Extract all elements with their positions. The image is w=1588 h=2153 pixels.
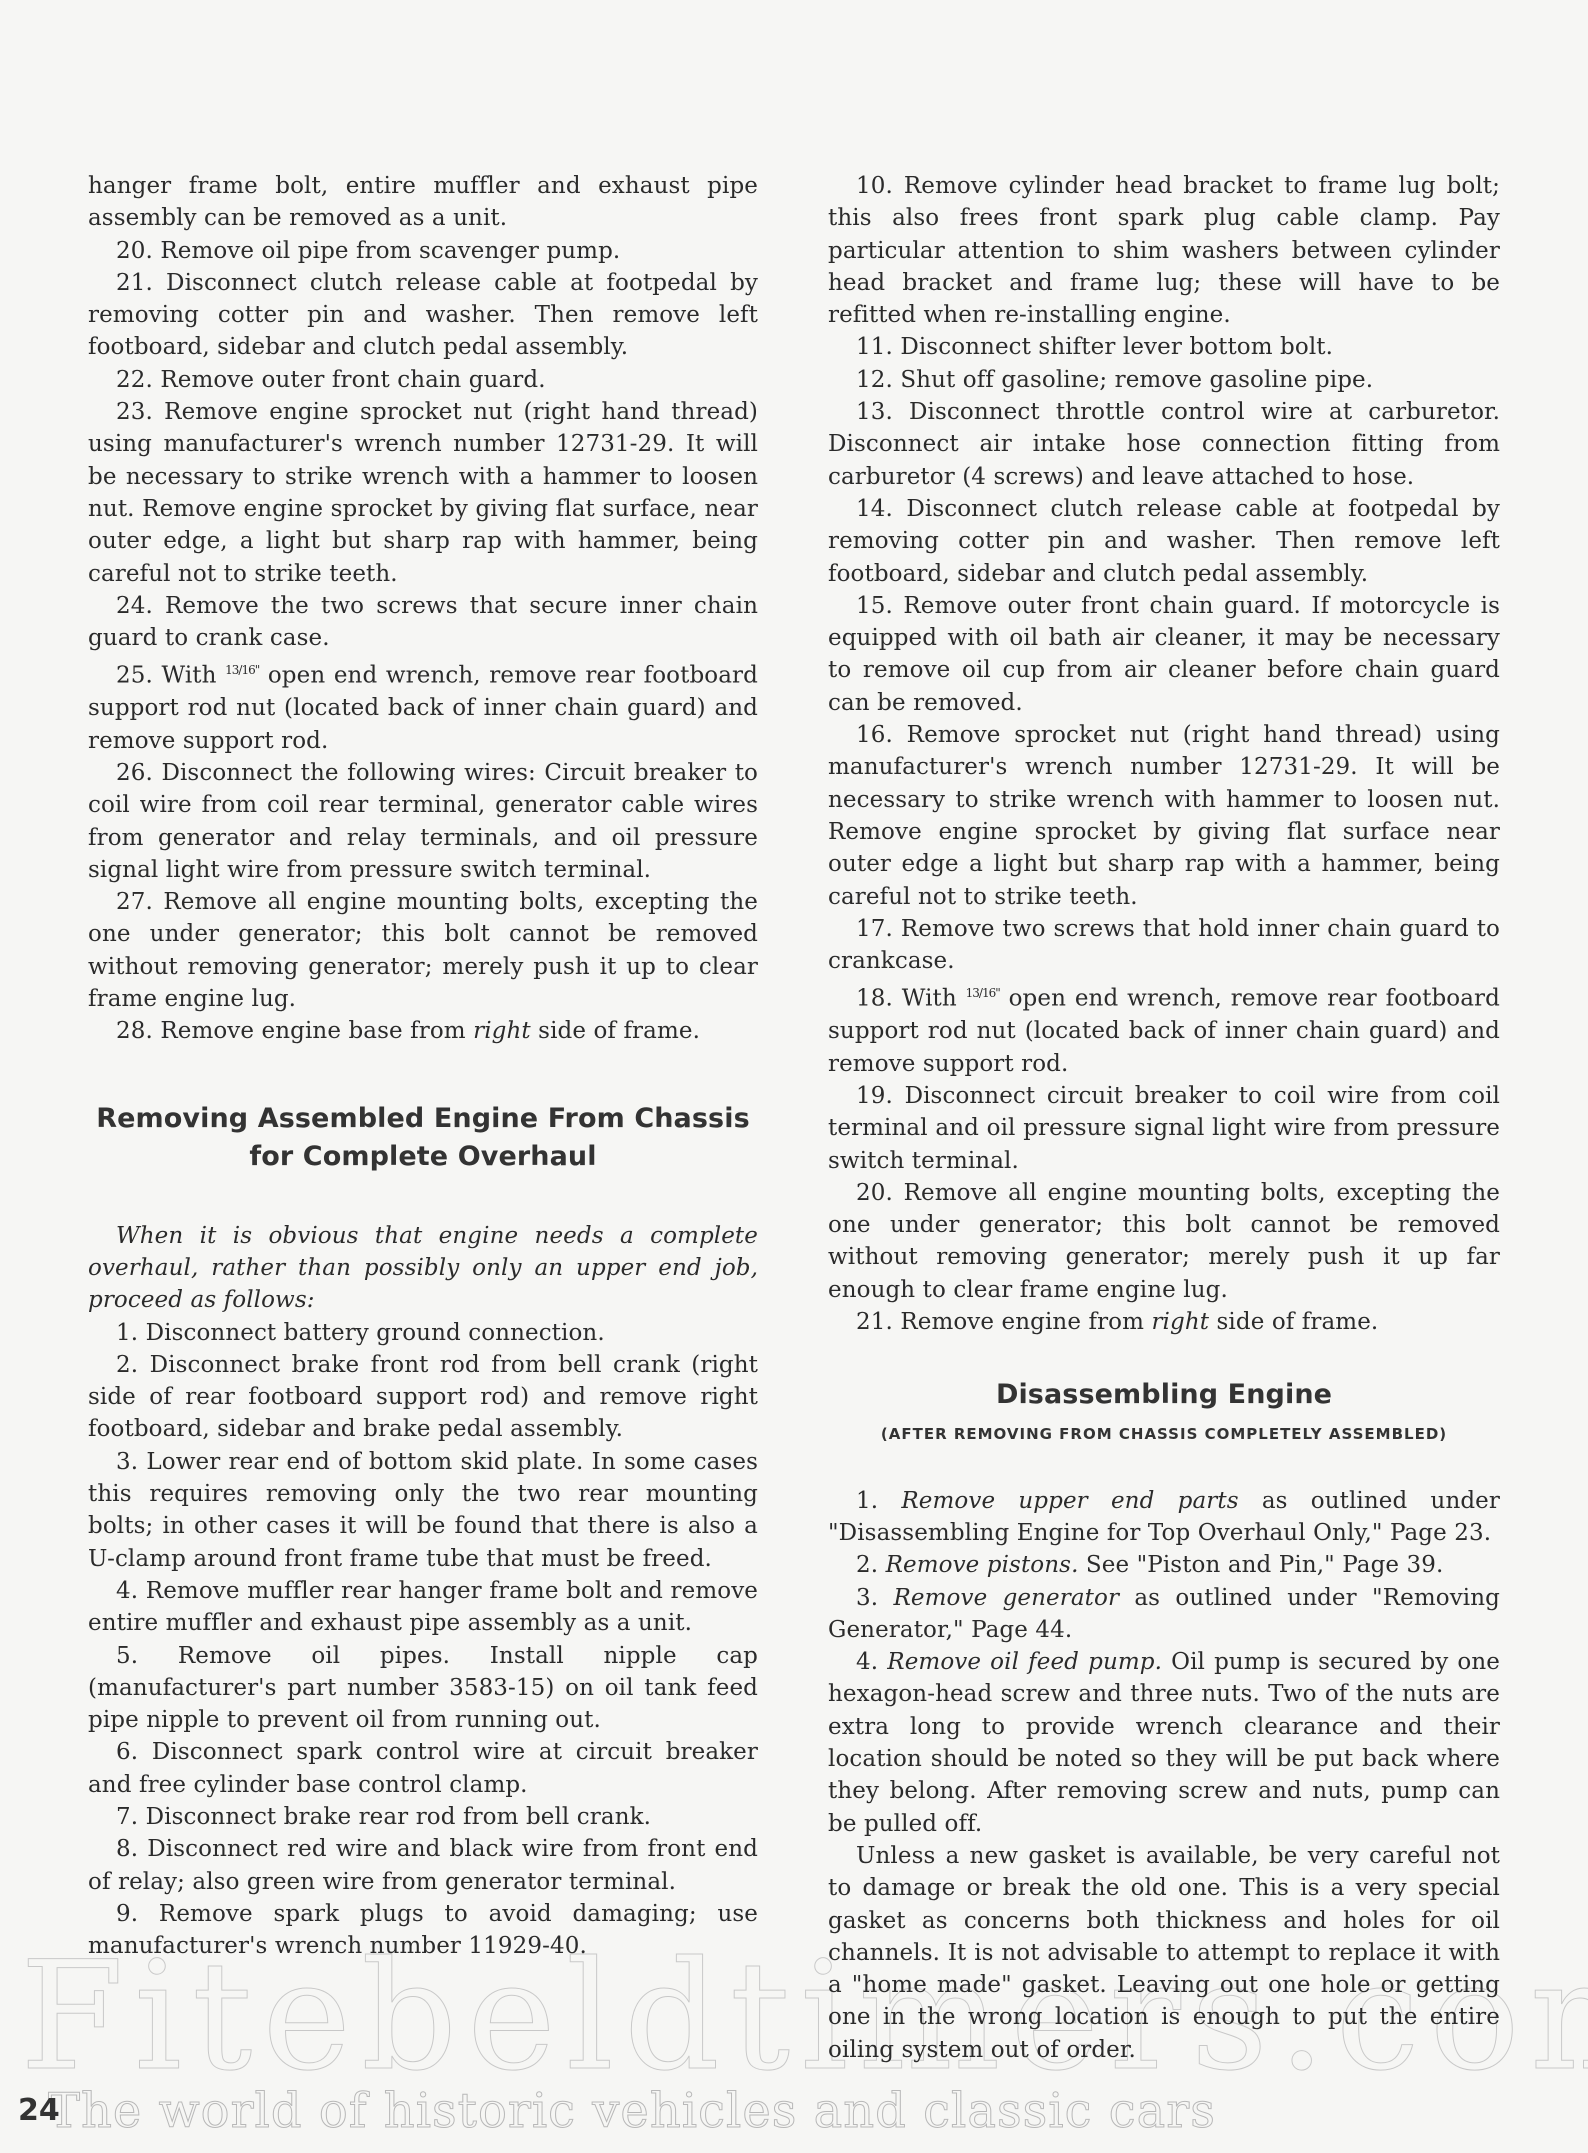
list-item: 15. Remove outer front chain guard. If m… (828, 590, 1500, 719)
list-item: 8. Disconnect red wire and black wire fr… (88, 1833, 758, 1898)
list-item: 20. Remove oil pipe from scavenger pump. (88, 235, 758, 267)
watermark-tagline: The world of historic vehicles and class… (48, 2083, 1216, 2139)
list-item: 7. Disconnect brake rear rod from bell c… (88, 1801, 758, 1833)
list-item: 22. Remove outer front chain guard. (88, 364, 758, 396)
fraction: 13/16" (225, 663, 259, 677)
list-item: 2. Remove pistons. See "Piston and Pin,"… (828, 1549, 1500, 1581)
list-item: 10. Remove cylinder head bracket to fram… (828, 170, 1500, 331)
fraction: 13/16" (966, 986, 1000, 1000)
list-item: 19. Disconnect circuit breaker to coil w… (828, 1080, 1500, 1177)
list-item: 25. With 13/16" open end wrench, remove … (88, 654, 758, 757)
list-item: 9. Remove spark plugs to avoid damaging;… (88, 1898, 758, 1963)
list-item: 4. Remove oil feed pump. Oil pump is sec… (828, 1646, 1500, 1840)
list-item: 3. Lower rear end of bottom skid plate. … (88, 1446, 758, 1575)
section-heading: Removing Assembled Engine From Chassis f… (88, 1100, 758, 1176)
list-item: 16. Remove sprocket nut (right hand thre… (828, 719, 1500, 913)
list-item: 4. Remove muffler rear hanger frame bolt… (88, 1575, 758, 1640)
list-item: 26. Disconnect the following wires: Circ… (88, 757, 758, 886)
list-item: 13. Disconnect throttle control wire at … (828, 396, 1500, 493)
list-item: 21. Disconnect clutch release cable at f… (88, 267, 758, 364)
list-item: 28. Remove engine base from right side o… (88, 1015, 758, 1047)
list-item: 20. Remove all engine mounting bolts, ex… (828, 1177, 1500, 1306)
list-item: 21. Remove engine from right side of fra… (828, 1306, 1500, 1338)
list-item: 18. With 13/16" open end wrench, remove … (828, 977, 1500, 1080)
list-item: 1. Disconnect battery ground connection. (88, 1317, 758, 1349)
list-item: 11. Disconnect shifter lever bottom bolt… (828, 331, 1500, 363)
list-item: 14. Disconnect clutch release cable at f… (828, 493, 1500, 590)
left-column: hanger frame bolt, entire muffler and ex… (88, 170, 758, 1963)
section-subheading: (AFTER REMOVING FROM CHASSIS COMPLETELY … (828, 1418, 1500, 1450)
list-item: 2. Disconnect brake front rod from bell … (88, 1349, 758, 1446)
list-item: 24. Remove the two screws that secure in… (88, 590, 758, 655)
closing-paragraph: Unless a new gasket is available, be ver… (828, 1840, 1500, 2066)
continuation-paragraph: hanger frame bolt, entire muffler and ex… (88, 170, 758, 235)
list-item: 6. Disconnect spark control wire at circ… (88, 1736, 758, 1801)
list-item: 27. Remove all engine mounting bolts, ex… (88, 886, 758, 1015)
intro-paragraph: When it is obvious that engine needs a c… (88, 1220, 758, 1317)
right-column: 10. Remove cylinder head bracket to fram… (828, 170, 1500, 2066)
list-item: 5. Remove oil pipes. Install nipple cap … (88, 1640, 758, 1737)
list-item: 23. Remove engine sprocket nut (right ha… (88, 396, 758, 590)
section-heading: Disassembling Engine (828, 1376, 1500, 1414)
list-item: 17. Remove two screws that hold inner ch… (828, 913, 1500, 978)
list-item: 12. Shut off gasoline; remove gasoline p… (828, 364, 1500, 396)
list-item: 3. Remove generator as outlined under "R… (828, 1582, 1500, 1647)
page-number: 24 (18, 2093, 60, 2128)
list-item: 1. Remove upper end parts as outlined un… (828, 1485, 1500, 1550)
